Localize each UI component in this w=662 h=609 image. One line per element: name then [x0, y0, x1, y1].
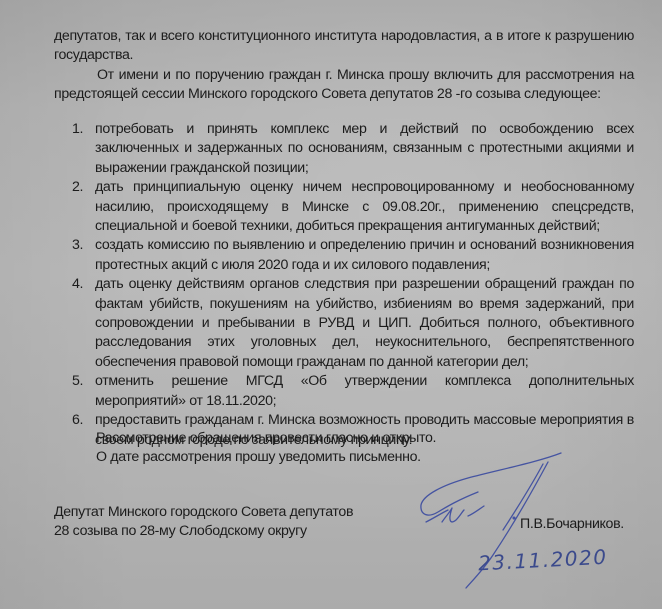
list-item-text: создать комиссию по выявлению и определе…	[95, 237, 634, 272]
list-item: 3. создать комиссию по выявлению и опред…	[54, 236, 634, 275]
list-item-text: потребовать и принять комплекс мер и дей…	[95, 121, 634, 176]
list-item: 4. дать оценку действиям органов следств…	[54, 275, 634, 372]
signatory-title: Депутат Минского городского Совета депут…	[54, 503, 374, 542]
list-item-number: 4.	[72, 275, 83, 294]
opening-paragraph-text: депутатов, так и всего конституционного …	[54, 28, 634, 63]
list-item-text: дать принципиальную оценку ничем неспров…	[95, 179, 634, 234]
list-item-text: отменить решение МГСД «Об утверждении ко…	[95, 373, 634, 408]
request-paragraph-text: От имени и по поручению граждан г. Минск…	[54, 67, 634, 102]
signatory-name: П.В.Бочарников.	[520, 515, 624, 534]
opening-paragraph: депутатов, так и всего конституционного …	[54, 27, 634, 66]
list-item-number: 3.	[72, 236, 83, 255]
list-item-number: 1.	[72, 120, 83, 139]
list-item-text: дать оценку действиям органов следствия …	[95, 276, 634, 370]
list-item: 1. потребовать и принять комплекс мер и …	[54, 120, 634, 178]
request-paragraph: От имени и по поручению граждан г. Минск…	[54, 66, 634, 105]
document-page: депутатов, так и всего конституционного …	[0, 0, 662, 609]
list-item: 5. отменить решение МГСД «Об утверждении…	[54, 372, 634, 411]
list-item-number: 6.	[72, 411, 83, 430]
signatory-title-line-2: 28 созыва по 28-му Слободскому округу	[54, 522, 374, 541]
list-item-number: 5.	[72, 372, 83, 391]
signatory-title-line-1: Депутат Минского городского Совета депут…	[54, 503, 374, 522]
request-list: 1. потребовать и принять комплекс мер и …	[54, 120, 634, 450]
closing-line-public: Рассмотрение обращения провести гласно и…	[96, 429, 516, 448]
list-item: 2. дать принципиальную оценку ничем несп…	[54, 178, 634, 236]
list-item-number: 2.	[72, 178, 83, 197]
